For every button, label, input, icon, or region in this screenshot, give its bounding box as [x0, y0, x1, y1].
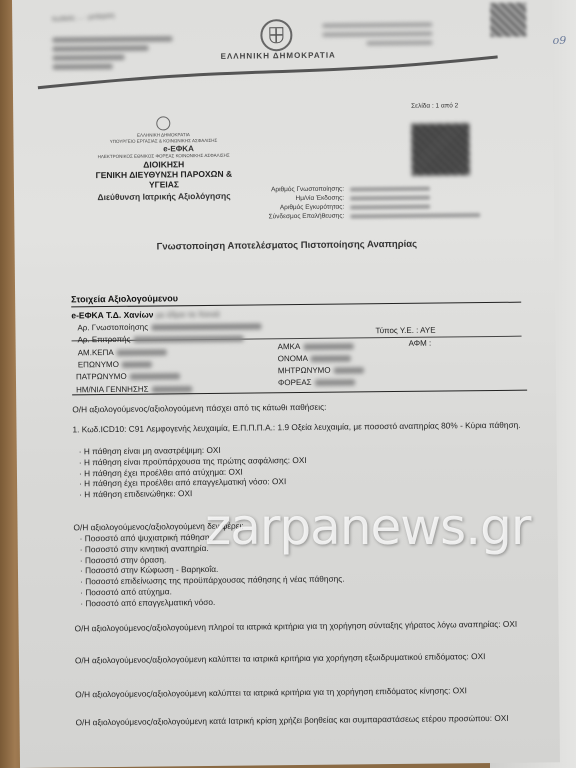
- qr-code-icon: [411, 123, 470, 176]
- condition-item: 1. Κωδ.ICD10: C91 Λεμφογενής λευχαιμία, …: [72, 420, 532, 436]
- criteria-statement: Ο/Η αξιολογούμενος/αξιολογούμενη καλύπτε…: [75, 650, 545, 666]
- code-line: Κωδικός: ... - μετάγγιση: [52, 13, 115, 23]
- section-title: Στοιχεία Αξιολογούμενου: [71, 293, 178, 304]
- organization-block: ΕΛΛΗΝΙΚΗ ΔΗΜΟΚΡΑΤΙΑ ΥΠΟΥΡΓΕΙΟ ΕΡΓΑΣΙΑΣ &…: [83, 116, 244, 203]
- reference-row: Σύνδεσμος Επαλήθευσης:: [264, 210, 524, 222]
- am-kepa-field: ΑΜ.ΚΕΠΑ: [78, 347, 167, 357]
- reference-block: Αριθμός Γνωστοποίησης: Ημ/νία Έκδοσης: Α…: [264, 183, 524, 222]
- page-number: Σελίδα : 1 από 2: [411, 102, 458, 109]
- directorate-label-2: ΥΓΕΙΑΣ: [84, 179, 244, 191]
- father-name-field: ΠΑΤΡΩΝΥΜΟ: [76, 371, 180, 381]
- afm-field: ΑΦΜ :: [409, 339, 432, 348]
- letterhead: Κωδικός: ... - μετάγγιση ΕΛΛΗΝΙΚΗ ΔΗΜΟΚΡ…: [12, 0, 553, 100]
- committee-no-field: Αρ. Επιτροπής: [78, 334, 244, 345]
- document-page: Κωδικός: ... - μετάγγιση ΕΛΛΗΝΙΚΗ ΔΗΜΟΚΡ…: [12, 0, 560, 768]
- notification-no-field: Αρ. Γνωστοποίησης: [77, 321, 261, 332]
- criteria-statement: Ο/Η αξιολογούμενος/αξιολογούμενη πληροί …: [75, 618, 545, 634]
- type-field: Τύπος Υ.Ε. : ΑΥΕ: [375, 326, 435, 336]
- header-swoosh-line: [33, 55, 503, 90]
- qr-code-small-icon: [490, 3, 526, 37]
- watermark-logo: zarpanews.gr: [205, 498, 530, 556]
- name-field: ΟΝΟΜΑ: [278, 353, 351, 363]
- condition-details-list: Η πάθηση είναι μη αναστρέψιμη: ΟΧΙ Η πάθ…: [79, 444, 307, 500]
- criteria-statement: Ο/Η αξιολογούμενος/αξιολογούμενη κατά Ια…: [76, 712, 546, 728]
- criteria-statement: Ο/Η αξιολογούμενος/αξιολογούμενη καλύπτε…: [75, 684, 545, 700]
- office-line: e-ΕΦΚΑ Τ.Δ. Χανίων με έδρα τα Χανιά: [71, 309, 220, 321]
- document-title: Γνωστοποίηση Αποτελέσματος Πιστοποίησης …: [157, 239, 418, 253]
- greek-emblem-icon: [260, 19, 292, 51]
- surname-field: ΕΠΩΝΥΜΟ: [78, 360, 152, 370]
- amka-field: ΑΜΚΑ: [278, 341, 354, 351]
- conditions-intro: Ο/Η αξιολογούμενος/αξιολογούμενη πάσχει …: [72, 399, 542, 415]
- fund-field: ΦΟΡΕΑΣ: [278, 377, 355, 387]
- recipient-redacted: [322, 18, 432, 51]
- efka-emblem-icon: [156, 116, 170, 130]
- department-label: Διεύθυνση Ιατρικής Αξιολόγησης: [84, 191, 244, 203]
- mother-name-field: ΜΗΤΡΩΝΥΜΟ: [278, 365, 364, 375]
- not-carrying-item: Ποσοστό από επαγγελματική νόσο.: [80, 595, 345, 609]
